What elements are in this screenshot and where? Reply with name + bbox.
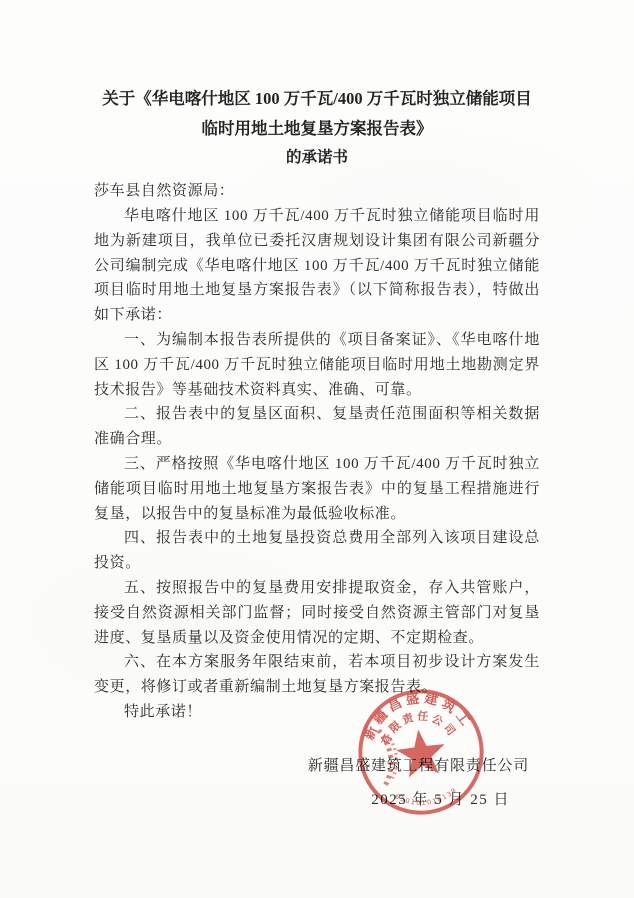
title-line-3: 的承诺书 xyxy=(94,144,540,172)
paragraph-item-3: 三、严格按照《华电喀什地区 100 万千瓦/400 万千瓦时独立储能项目临时用地… xyxy=(94,452,540,526)
paragraph-item-2: 二、报告表中的复垦区面积、复垦责任范围面积等相关数据准确合理。 xyxy=(94,402,540,452)
salutation: 莎车县自然资源局： xyxy=(94,178,540,204)
document-title: 关于《华电喀什地区 100 万千瓦/400 万千瓦时独立储能项目 临时用地土地复… xyxy=(94,84,540,172)
signature-company: 新疆昌盛建筑工程有限责任公司 xyxy=(94,753,540,779)
paragraph-item-4: 四、报告表中的土地复垦投资总费用全部列入该项目建设总投资。 xyxy=(94,526,540,576)
paragraph-item-5: 五、按照报告中的复垦费用安排提取资金，存入共管账户，接受自然资源相关部门监督；同… xyxy=(94,576,540,650)
document-content: 关于《华电喀什地区 100 万千瓦/400 万千瓦时独立储能项目 临时用地土地复… xyxy=(94,0,540,813)
title-line-2: 临时用地土地复垦方案报告表》 xyxy=(94,114,540,144)
paragraph-item-6: 六、在本方案服务年限结束前，若本项目初步设计方案发生变更，将修订或者重新编制土地… xyxy=(94,650,540,700)
signature-date: 2025 年 5 月 25 日 xyxy=(94,787,540,813)
closing-statement: 特此承诺！ xyxy=(94,700,540,725)
paragraph-item-1: 一、为编制本报告表所提供的《项目备案证》、《华电喀什地区 100 万千瓦/400… xyxy=(94,328,540,402)
paragraph-intro: 华电喀什地区 100 万千瓦/400 万千瓦时独立储能项目临时用地为新建项目，我… xyxy=(94,204,540,328)
scanned-document-page: 关于《华电喀什地区 100 万千瓦/400 万千瓦时独立储能项目 临时用地土地复… xyxy=(0,0,634,898)
title-line-1: 关于《华电喀什地区 100 万千瓦/400 万千瓦时独立储能项目 xyxy=(94,84,540,114)
